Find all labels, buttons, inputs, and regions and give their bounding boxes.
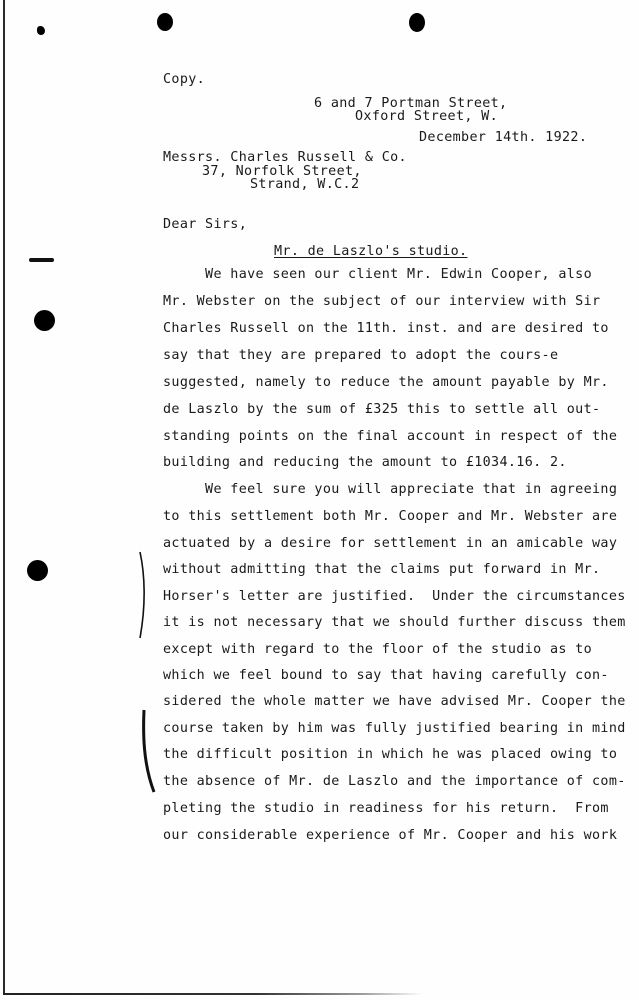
punch-hole-top-left xyxy=(157,13,173,31)
body-line: course taken by him was fully justified … xyxy=(163,722,626,735)
body-line: sidered the whole matter we have advised… xyxy=(163,695,626,708)
punch-hole-left-upper xyxy=(34,310,55,331)
body-line: pleting the studio in readiness for his … xyxy=(163,802,609,815)
body-line: except with regard to the floor of the s… xyxy=(163,643,592,656)
page-bottom-edge xyxy=(3,993,423,995)
document-page: Copy. 6 and 7 Portman Street, Oxford Str… xyxy=(0,0,639,1000)
body-line: Mr. Webster on the subject of our interv… xyxy=(163,295,600,308)
body-line: the absence of Mr. de Laszlo and the imp… xyxy=(163,775,626,788)
body-line: We feel sure you will appreciate that in… xyxy=(163,483,617,496)
salutation: Dear Sirs, xyxy=(163,218,247,231)
page-left-edge xyxy=(3,0,5,995)
punch-hole-top-right xyxy=(409,13,425,32)
body-line: de Laszlo by the sum of £325 this to set… xyxy=(163,403,600,416)
body-line: suggested, namely to reduce the amount p… xyxy=(163,376,609,389)
recipient-line1: Messrs. Charles Russell & Co. xyxy=(163,151,407,164)
subject-line: Mr. de Laszlo's studio. xyxy=(274,245,467,258)
body-line: our considerable experience of Mr. Coope… xyxy=(163,829,617,842)
body-line: standing points on the final account in … xyxy=(163,430,617,443)
copy-label: Copy. xyxy=(163,73,205,86)
body-line: the difficult position in which he was p… xyxy=(163,748,617,761)
body-line: building and reducing the amount to £103… xyxy=(163,456,567,469)
body-line: Horser's letter are justified. Under the… xyxy=(163,590,626,603)
body-line: it is not necessary that we should furth… xyxy=(163,616,626,629)
margin-pen-line-lower xyxy=(140,708,156,794)
ink-speck-top xyxy=(37,26,45,35)
margin-pen-line-upper xyxy=(136,550,148,642)
punch-hole-left-lower xyxy=(27,560,48,581)
ink-speck-left xyxy=(29,258,54,262)
body-line: which we feel bound to say that having c… xyxy=(163,669,609,682)
body-line: We have seen our client Mr. Edwin Cooper… xyxy=(163,268,592,281)
letter-date: December 14th. 1922. xyxy=(419,131,587,144)
sender-address-line2: Oxford Street, W. xyxy=(355,110,498,123)
body-line: actuated by a desire for settlement in a… xyxy=(163,537,617,550)
body-line: Charles Russell on the 11th. inst. and a… xyxy=(163,322,609,335)
body-line: without admitting that the claims put fo… xyxy=(163,563,600,576)
body-line: to this settlement both Mr. Cooper and M… xyxy=(163,510,617,523)
body-line: say that they are prepared to adopt the … xyxy=(163,349,558,362)
recipient-line3: Strand, W.C.2 xyxy=(250,178,359,191)
